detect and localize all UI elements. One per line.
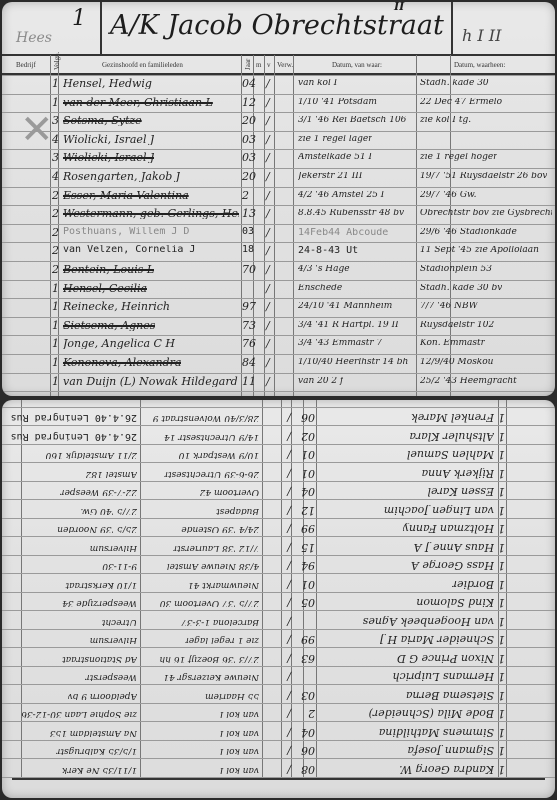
row-number: 3 — [52, 115, 59, 126]
row-number: 1 — [498, 468, 505, 479]
departure-date-destination: 19/7 '51 Ruysdaelstr 26 bov — [420, 172, 547, 181]
arrival-date-origin: 55 Haarlem — [205, 691, 259, 700]
arrival-date-origin: 27/3 '36 Boezijf 16 hh — [159, 654, 259, 663]
departure-date-destination: 1/5/35 Kalbrugstr — [56, 746, 137, 755]
row-number: 1 — [498, 671, 505, 682]
arrival-date-origin: 24-8-43 Ut — [298, 246, 358, 256]
arrival-date-origin: Nieuwmarkt 41 — [188, 580, 259, 589]
rotated-card-content: 1Kandra Georg W.08/van kol I1/11/35 Ne K… — [2, 400, 555, 798]
header-mark: II — [394, 2, 404, 13]
row-number: 4 — [52, 171, 59, 182]
departure-date-destination: 26.4.40 Leningrad Rus — [11, 431, 137, 441]
row-number: 3 — [52, 152, 59, 163]
departure-date-destination: Obrechtstr bov zie Gysbrecht — [420, 209, 552, 218]
sex-mark: / — [266, 357, 270, 368]
row-number: 4 — [52, 134, 59, 145]
departure-date-destination: 22 Dec 47 Ermelo — [420, 98, 502, 107]
row-rule — [2, 481, 555, 482]
departure-date-destination: zie Sophie Laan 30-12-36 — [21, 709, 137, 718]
row-rule — [2, 573, 555, 574]
sex-mark: / — [266, 245, 270, 256]
row-rule — [2, 112, 555, 113]
sex-mark: / — [287, 764, 291, 775]
arrival-date-origin: Amstelkade 51 I — [298, 153, 372, 162]
birth-year: 04 — [242, 78, 256, 89]
sex-mark: / — [266, 227, 270, 238]
departure-date-destination: Kon. Emmastr — [420, 339, 485, 348]
row-rule — [2, 298, 555, 299]
resident-name: van Velzen, Cornelia J — [63, 245, 195, 255]
column-header-gezinshoofd: Gezinshoofd en familieleden — [102, 61, 183, 69]
arrival-date-origin: Barcelona 1-3-37 — [181, 617, 259, 626]
birth-year: 03 — [242, 134, 256, 145]
arrival-date-origin: 1/10/40 Heerlhstr 14 bh — [298, 358, 408, 367]
arrival-date-origin: 3/4 '41 R Hartpl. 19 II — [298, 321, 399, 330]
row-number: 1 — [52, 320, 59, 331]
departure-date-destination: 9-11-30 — [102, 561, 137, 570]
resident-name: Hensel, Cecilia — [63, 283, 147, 294]
arrival-date-origin: Enschede — [298, 284, 342, 293]
resident-name: Altshuler Klara — [409, 431, 494, 442]
arrival-date-origin: 4/38 Nieuwe Amstel — [167, 561, 259, 570]
birth-year: 03 — [242, 227, 254, 237]
row-number: 1 — [52, 78, 59, 89]
birth-year: 84 — [242, 357, 256, 368]
birth-year: 04 — [301, 486, 315, 497]
row-number: 1 — [498, 727, 505, 738]
row-number: 1 — [498, 523, 505, 534]
departure-date-destination: Amstel 182 — [85, 469, 137, 478]
sex-mark: / — [287, 634, 291, 645]
row-rule — [2, 373, 555, 374]
registration-card-front: 1 Hees A/K Jacob Obrechtstraat II h I II… — [2, 2, 555, 396]
resident-name: Frenkel Marek — [411, 412, 494, 423]
row-rule — [2, 555, 555, 556]
sex-mark: / — [287, 653, 291, 664]
birth-year: 11 — [242, 376, 256, 387]
sex-mark: / — [287, 560, 291, 571]
resident-name: Rosengarten, Jakob J — [63, 171, 180, 182]
row-rule — [2, 518, 555, 519]
row-rule — [2, 592, 555, 593]
row-number: 1 — [498, 634, 505, 645]
arrival-date-origin: van kol I — [220, 728, 259, 737]
birth-year: 06 — [301, 412, 315, 423]
row-number: 1 — [498, 542, 505, 553]
house-number: 1 — [72, 6, 86, 31]
row-number: 1 — [498, 690, 505, 701]
sex-mark: / — [287, 468, 291, 479]
arrival-date-origin: 14/9 Utrechtsestr 14 — [164, 432, 259, 441]
birth-year: 12 — [242, 97, 256, 108]
row-rule — [2, 354, 555, 355]
row-rule — [2, 462, 555, 463]
row-rule — [2, 168, 555, 169]
sex-mark: / — [287, 523, 291, 534]
column-rule — [264, 55, 265, 396]
departure-date-destination: 26.4.40 Leningrad Rus — [11, 412, 137, 422]
birth-year: 13 — [242, 208, 256, 219]
departure-date-destination: Hilversum — [90, 635, 137, 644]
corner-mark: h I II — [462, 26, 501, 45]
sex-mark: / — [266, 171, 270, 182]
title-divider-left — [100, 2, 102, 54]
departure-date-destination: Weesperstr — [85, 672, 137, 681]
departure-date-destination: Weesperzijde 34 — [62, 598, 137, 607]
departure-date-destination: 25/5 '39 Noorden — [57, 524, 137, 533]
row-rule — [2, 149, 555, 150]
row-rule — [2, 536, 555, 537]
row-rule — [2, 131, 555, 132]
birth-year: 20 — [242, 115, 256, 126]
row-number: 2 — [52, 245, 59, 256]
departure-date-destination: 11 Sept '45 zie Apollolaan — [420, 246, 539, 255]
birth-year: 12 — [301, 505, 315, 516]
column-header-datum-naar: Datum, waarheen: — [454, 61, 505, 69]
birth-year: 73 — [242, 320, 256, 331]
row-number: 2 — [52, 208, 59, 219]
birth-year: 04 — [301, 727, 315, 738]
column-rule — [293, 55, 294, 396]
arrival-date-origin: 26-6-39 Utrechtsestr — [164, 469, 259, 478]
sex-mark: / — [287, 579, 291, 590]
resident-name: Sotsma, Sytze — [63, 115, 142, 126]
birth-year: 01 — [301, 579, 315, 590]
departure-date-destination: 29/6 '46 Stadionkade — [420, 228, 517, 237]
birth-year: 08 — [301, 764, 315, 775]
resident-name: van der Meer, Christiaan L — [63, 97, 213, 108]
departure-date-destination: 29/7 '46 Gw. — [420, 191, 477, 200]
resident-name: Esser, Maria Valentina — [63, 190, 189, 201]
arrival-date-origin: Nieuwe Keizersgr 41 — [163, 672, 259, 681]
arrival-date-origin: 8.8.45 Rubensstr 48 bv — [298, 209, 404, 218]
sex-mark: / — [266, 78, 270, 89]
row-rule — [2, 75, 555, 76]
sex-mark: / — [287, 412, 291, 423]
row-rule — [2, 647, 555, 648]
departure-date-destination: 1/11/35 Ne Kerk — [62, 765, 137, 774]
column-header-v: v — [267, 61, 271, 69]
resident-name: Hass George A — [411, 560, 494, 571]
arrival-date-origin: 10/9 Westpark 10 — [179, 450, 259, 459]
sex-mark: / — [287, 671, 291, 682]
sex-mark: / — [287, 616, 291, 627]
row-rule — [2, 684, 555, 685]
column-header-datum-van: Datum, van waar: — [332, 61, 382, 69]
sex-mark: / — [266, 97, 270, 108]
sex-mark: / — [287, 542, 291, 553]
row-number: 2 — [52, 227, 59, 238]
column-header-jaar: Jaar — [244, 59, 252, 70]
row-rule — [2, 261, 555, 262]
sex-mark: / — [266, 190, 270, 201]
arrival-date-origin: 24/10 '41 Mannheim — [298, 302, 392, 311]
row-rule — [2, 391, 555, 392]
row-number: 1 — [498, 431, 505, 442]
pencil-note: Hees — [16, 30, 52, 46]
row-rule — [2, 407, 555, 408]
birth-year: 05 — [301, 597, 315, 608]
row-number: 1 — [498, 653, 505, 664]
departure-date-destination: Ad Stationstraat — [62, 654, 137, 663]
row-rule — [2, 629, 555, 630]
row-rule — [2, 425, 555, 426]
resident-name: Wiolicki, Israel J — [63, 134, 154, 145]
row-rule — [2, 317, 555, 318]
birth-year: 18 — [242, 245, 254, 255]
arrival-date-origin: 1/10 '41 Potsdam — [298, 98, 377, 107]
arrival-date-origin: Budapest — [216, 506, 259, 515]
resident-name: Bentein, Louis L — [63, 264, 154, 275]
arrival-date-origin: van kol I — [220, 765, 259, 774]
row-number: 2 — [52, 190, 59, 201]
row-number: 1 — [498, 486, 505, 497]
resident-name: Haus Anne J A — [414, 542, 494, 553]
resident-name: Kandra Georg W. — [399, 764, 494, 775]
row-rule — [2, 610, 555, 611]
column-rule — [416, 55, 417, 396]
row-number: 1 — [52, 338, 59, 349]
resident-name: Reinecke, Heinrich — [63, 301, 170, 312]
sex-mark: / — [266, 134, 270, 145]
sex-mark: / — [266, 208, 270, 219]
row-rule — [2, 666, 555, 667]
departure-date-destination: Ruysdaelstr 102 — [420, 321, 494, 330]
column-header-m: m — [256, 61, 261, 69]
resident-name: Sigmann Josefa — [407, 745, 494, 756]
row-rule — [2, 94, 555, 95]
sex-mark: / — [266, 320, 270, 331]
resident-name: Nixon Prince G D — [397, 653, 494, 664]
departure-date-destination: zie kol I tg. — [420, 116, 471, 125]
arrival-date-origin: 24/4 '39 Ostende — [181, 524, 259, 533]
cross-mark: ✕ — [20, 110, 54, 150]
arrival-date-origin: 4/3 's Hage — [298, 265, 350, 274]
resident-name: Posthuans, Willem J D — [63, 227, 189, 237]
row-number: 1 — [498, 449, 505, 460]
arrival-date-origin: zie 1 regel lager — [298, 135, 372, 144]
row-rule — [2, 758, 555, 759]
departure-date-destination: Stadh. kade 30 bv — [420, 284, 502, 293]
row-number: 2 — [52, 264, 59, 275]
row-rule — [2, 335, 555, 336]
row-number: 1 — [52, 301, 59, 312]
resident-name: Sietsema Berna — [406, 690, 494, 701]
resident-name: van Hoogenbeek Agnes — [363, 616, 494, 627]
resident-name: Rijkerk Anna — [422, 468, 494, 479]
birth-year: 99 — [301, 634, 315, 645]
arrival-date-origin: Overtoom 42 — [200, 487, 259, 496]
birth-year: 02 — [301, 431, 315, 442]
birth-year: 2 — [242, 190, 249, 201]
birth-year: 20 — [242, 171, 256, 182]
resident-name: Westermann, geb. Gerlings, Helbert — [63, 208, 239, 219]
sex-mark: / — [266, 264, 270, 275]
sex-mark: / — [266, 152, 270, 163]
row-number: 1 — [498, 412, 505, 423]
arrival-date-origin: van kol I — [220, 709, 259, 718]
resident-name: Schneider Maria H J — [380, 634, 494, 645]
sex-mark: / — [266, 376, 270, 387]
birth-year: 76 — [242, 338, 256, 349]
row-number: 1 — [52, 283, 59, 294]
departure-date-destination: 12/9/40 Moskou — [420, 358, 493, 367]
registration-card-back: 1Kandra Georg W.08/van kol I1/11/35 Ne K… — [2, 400, 555, 798]
row-number: 1 — [498, 764, 505, 775]
row-number: 1 — [52, 357, 59, 368]
departure-date-destination: 22-7-39 Weesper — [60, 487, 137, 496]
header-divider — [2, 54, 555, 56]
sex-mark: / — [287, 745, 291, 756]
resident-name: Wiolicki, Israel J — [63, 152, 154, 163]
resident-name: Kononova, Alexandra — [63, 357, 181, 368]
departure-date-destination: Hilversum — [90, 543, 137, 552]
arrival-date-origin: van kol I — [220, 746, 259, 755]
sex-mark: / — [287, 708, 291, 719]
birth-year: 01 — [301, 468, 315, 479]
row-number: 1 — [498, 505, 505, 516]
sex-mark: / — [266, 283, 270, 294]
row-number: 1 — [498, 616, 505, 627]
sex-mark: / — [266, 338, 270, 349]
resident-name: Mahlen Samuel — [407, 449, 494, 460]
sex-mark: / — [287, 486, 291, 497]
departure-date-destination: 27/5 '40 Gw. — [80, 506, 137, 515]
title-divider-right — [451, 2, 453, 54]
arrival-date-origin: 3/4 '43 Emmastr 7 — [298, 339, 382, 348]
row-number: 1 — [52, 376, 59, 387]
resident-name: Essen Karel — [428, 486, 494, 497]
row-number: 1 — [498, 597, 505, 608]
birth-year: 03 — [242, 152, 256, 163]
birth-year: 97 — [242, 301, 256, 312]
sex-mark: / — [266, 115, 270, 126]
column-header-bedrijf: Bedrijf — [16, 61, 36, 69]
row-rule — [2, 721, 555, 722]
resident-name: van Duijn (L) Nowak Hildegard G — [63, 376, 239, 387]
arrival-date-origin: 14Feb44 Abcoude — [298, 228, 388, 238]
column-rule — [274, 55, 275, 396]
departure-date-destination: 7/7 '46 NBW — [420, 302, 478, 311]
arrival-date-origin: van kol I — [298, 79, 337, 88]
birth-year: 63 — [301, 653, 315, 664]
arrival-date-origin: Jekerstr 21 III — [298, 172, 362, 181]
sex-mark: / — [287, 597, 291, 608]
row-rule — [2, 205, 555, 206]
sex-mark: / — [287, 449, 291, 460]
birth-year: 99 — [301, 523, 315, 534]
resident-name: Simmens Mathildina — [379, 727, 494, 738]
row-number: 1 — [498, 560, 505, 571]
top-rule — [12, 778, 545, 780]
birth-year: 06 — [301, 745, 315, 756]
row-rule — [2, 703, 555, 704]
arrival-date-origin: 7/12 '38 Laurierstr — [173, 543, 259, 552]
row-number: 1 — [498, 708, 505, 719]
row-rule — [2, 187, 555, 188]
sex-mark: / — [287, 505, 291, 516]
birth-year: 01 — [301, 449, 315, 460]
sex-mark: / — [287, 690, 291, 701]
birth-year: 15 — [301, 542, 315, 553]
departure-date-destination: Stadh. kade 30 — [420, 79, 489, 88]
arrival-date-origin: van 20 2 f — [298, 377, 343, 386]
column-header-verw: Verw. — [277, 61, 293, 69]
arrival-date-origin: 27/5 '37 Overtoom 30 — [160, 598, 259, 607]
departure-date-destination: Apeldoorn 9 bv — [68, 691, 137, 700]
resident-name: Jonge, Angelica C H — [63, 338, 175, 349]
row-rule — [2, 280, 555, 281]
column-header-volgn: Volgn. — [53, 52, 61, 70]
birth-year: 94 — [301, 560, 315, 571]
birth-year: 03 — [301, 690, 315, 701]
row-rule — [2, 242, 555, 243]
resident-name: van Lingen Joachim — [384, 505, 494, 516]
arrival-date-origin: 28/3/40 Wolvenstraat 9 — [153, 413, 259, 422]
resident-name: Bode Mila (Schneider) — [369, 708, 494, 719]
departure-date-destination: 1/10 Kerkstraat — [65, 580, 137, 589]
sex-mark: / — [287, 727, 291, 738]
resident-name: Kind Salomon — [416, 597, 494, 608]
row-rule — [2, 499, 555, 500]
birth-year: 2 — [308, 708, 315, 719]
resident-name: Sietsema, Agnes — [63, 320, 155, 331]
resident-name: Hermans Luiprich — [392, 671, 494, 682]
sex-mark: / — [266, 301, 270, 312]
departure-date-destination: zie 1 regel hoger — [420, 153, 497, 162]
street-name: A/K Jacob Obrechtstraat — [110, 10, 444, 41]
departure-date-destination: 25/2 '43 Heemgracht — [420, 377, 517, 386]
departure-date-destination: Stadionplein 53 — [420, 265, 492, 274]
departure-date-destination: Utrecht — [102, 617, 137, 626]
arrival-date-origin: 3/1 '46 Rei Baetsch 106 — [298, 116, 406, 125]
arrival-date-origin: 4/2 '46 Amstel 25 I — [298, 191, 384, 200]
resident-name: Holtzman Fanny — [403, 523, 494, 534]
row-rule — [2, 444, 555, 445]
row-number: 1 — [52, 97, 59, 108]
resident-name: Bordier — [452, 579, 494, 590]
sex-mark: / — [287, 431, 291, 442]
row-rule — [2, 740, 555, 741]
departure-date-destination: 2/11 Amsteldijk 160 — [46, 450, 137, 459]
row-rule — [2, 224, 555, 225]
birth-year: 70 — [242, 264, 256, 275]
arrival-date-origin: zie 1 regel lager — [185, 635, 259, 644]
departure-date-destination: Na Amsteldam 153 — [50, 728, 137, 737]
row-number: 1 — [498, 745, 505, 756]
resident-name: Hensel, Hedwig — [63, 78, 152, 89]
row-number: 1 — [498, 579, 505, 590]
